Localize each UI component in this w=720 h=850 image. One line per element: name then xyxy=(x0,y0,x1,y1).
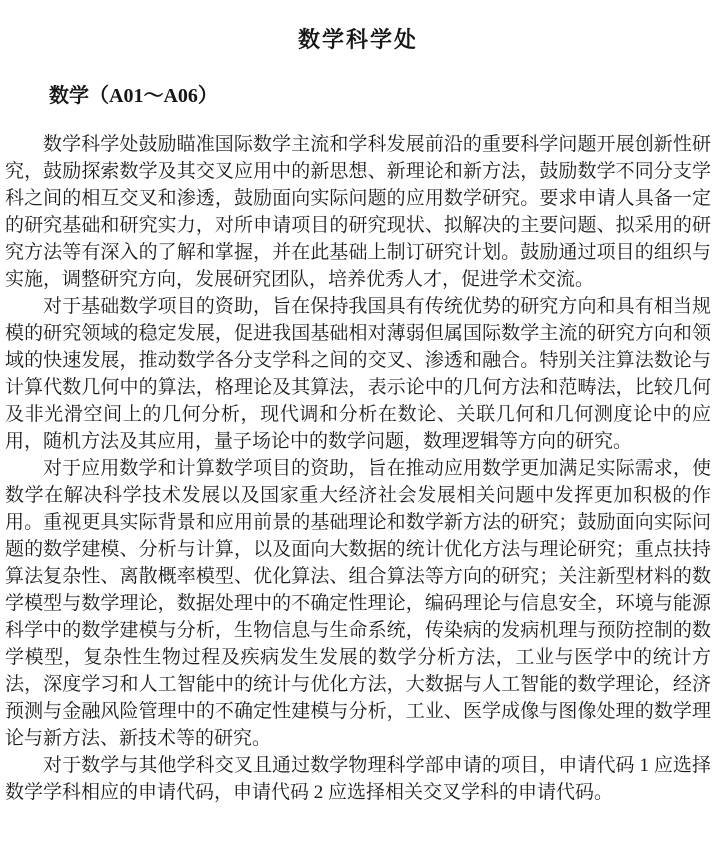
paragraph-pure-math-funding: 对于基础数学项目的资助，旨在保持我国具有传统优势的研究方向和具有相当规模的研究领… xyxy=(5,293,711,455)
paragraph-interdisciplinary-application-codes: 对于数学与其他学科交叉且通过数学物理科学部申请的项目，申请代码 1 应选择数学学… xyxy=(5,752,711,806)
document-body: 数学科学处鼓励瞄准国际数学主流和学科发展前沿的重要科学问题开展创新性研究，鼓励探… xyxy=(5,131,711,806)
paragraph-general-guidance: 数学科学处鼓励瞄准国际数学主流和学科发展前沿的重要科学问题开展创新性研究，鼓励探… xyxy=(5,131,711,293)
document-page: 数学科学处 数学（A01～A06） 数学科学处鼓励瞄准国际数学主流和学科发展前沿… xyxy=(0,0,720,850)
section-heading: 数学（A01～A06） xyxy=(49,84,711,108)
page-title: 数学科学处 xyxy=(5,26,711,54)
paragraph-applied-computational-math-funding: 对于应用数学和计算数学项目的资助，旨在推动应用数学更加满足实际需求，使数学在解决… xyxy=(5,455,711,752)
